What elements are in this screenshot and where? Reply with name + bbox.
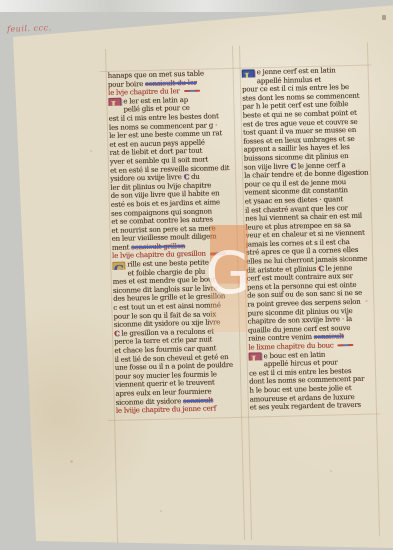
text-line: le lviije chapitre du jenne cerf: [116, 404, 245, 416]
cancelled-text: sensieult: [314, 333, 344, 342]
written-area: hanaps que on met sus tablepour boire se…: [0, 0, 393, 550]
watermark-letter: G: [204, 243, 252, 303]
text-line: et ses yeulx regardent de travers: [250, 401, 379, 413]
body-text: et ses yeulx regardent de travers: [250, 401, 361, 412]
manuscript-photo: feuil. ccc. hanaps que on met sus tablep…: [0, 0, 393, 550]
body-text: le jenne: [323, 264, 352, 273]
body-text: du: [189, 173, 200, 181]
text-column-right: Le jenne cerf est en latinappellé hinnul…: [242, 66, 379, 413]
line-filler: [338, 344, 354, 347]
rubric-text: le lviije chapitre du jenne cerf: [116, 405, 216, 415]
line-filler: [184, 90, 200, 93]
cancelled-text: sensieult: [183, 396, 213, 405]
body-text: pour boire: [108, 80, 145, 89]
body-text: ment: [112, 243, 132, 251]
